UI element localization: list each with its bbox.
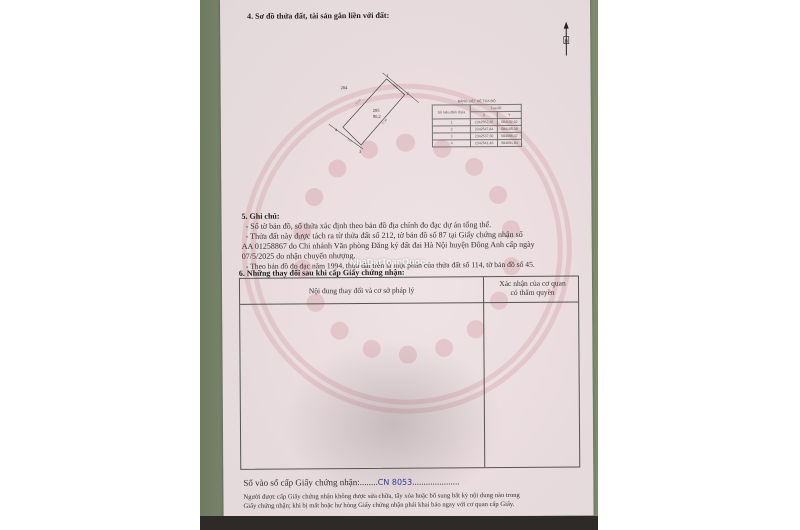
- header-point: Số hiệu đỉnh thửa: [432, 105, 471, 119]
- footer-note-2: Giấy chứng nhận; khi bị mất hoặc hư hỏng…: [244, 501, 515, 510]
- watermark-logo: NhaDatToanQuoc: [350, 257, 425, 268]
- vertex-3: 3: [359, 149, 361, 154]
- section4-title: 4. Sơ đồ thửa đất, tài sản gắn liền với …: [247, 11, 389, 21]
- neighbor-parcel-label: 284: [341, 85, 349, 90]
- edge-2-3: 17,49: [381, 117, 390, 126]
- note-line-1: - Số tờ bản đồ, số thửa xác định theo bả…: [246, 220, 492, 231]
- changes-table: Nội dung thay đổi và cơ sở pháp lý Xác n…: [239, 276, 580, 470]
- land-certificate-page: 4. Sơ đồ thửa đất, tài sản gắn liền với …: [220, 0, 594, 518]
- vertex-1: 1: [387, 73, 389, 78]
- document-photo: 4. Sơ đồ thửa đất, tài sản gắn liền với …: [200, 0, 598, 530]
- edge-4-1: 17,75: [354, 98, 363, 107]
- note-line-4: 07/5/2025 do nhận chuyển nhượng.: [242, 251, 356, 261]
- note-line-2: - Thửa đất này được tách ra từ thửa đất …: [246, 230, 523, 241]
- table-row: 42342541,46584091,84: [432, 139, 521, 147]
- changes-col-confirm: Xác nhận của cơ quan có thẩm quyền: [485, 278, 580, 297]
- registry-label: Số vào sổ cấp Giấy chứng nhận:: [243, 477, 359, 488]
- parcel-area: 90,2: [373, 114, 381, 120]
- changes-col-content: Nội dung thay đổi và cơ sở pháp lý: [240, 285, 483, 296]
- edge-3-4: 5,15: [346, 137, 354, 145]
- table-surface: [200, 516, 598, 530]
- vertex-4: 4: [335, 127, 337, 132]
- coordinate-table: BẢNG LIỆT KÊ TỌA ĐỘ Số hiệu đỉnh thửa Tọ…: [432, 99, 522, 148]
- registry-number: CN 8053: [378, 478, 413, 487]
- coordinate-table-title: BẢNG LIỆT KÊ TỌA ĐỘ: [432, 99, 522, 104]
- north-arrow-icon: B: [560, 22, 572, 56]
- vertex-2: 2: [407, 91, 409, 96]
- registry-line: Số vào sổ cấp Giấy chứng nhận:........CN…: [243, 476, 459, 488]
- section5-title: 5. Ghi chú:: [241, 212, 279, 221]
- footer-note-1: Người được cấp Giấy chứng nhận không đượ…: [243, 492, 519, 501]
- parcel-sketch: 284 285 90,2 1 2 3 4 5,15 17,75 5,15 17,…: [320, 69, 431, 160]
- parcel-number: 285: [373, 108, 381, 113]
